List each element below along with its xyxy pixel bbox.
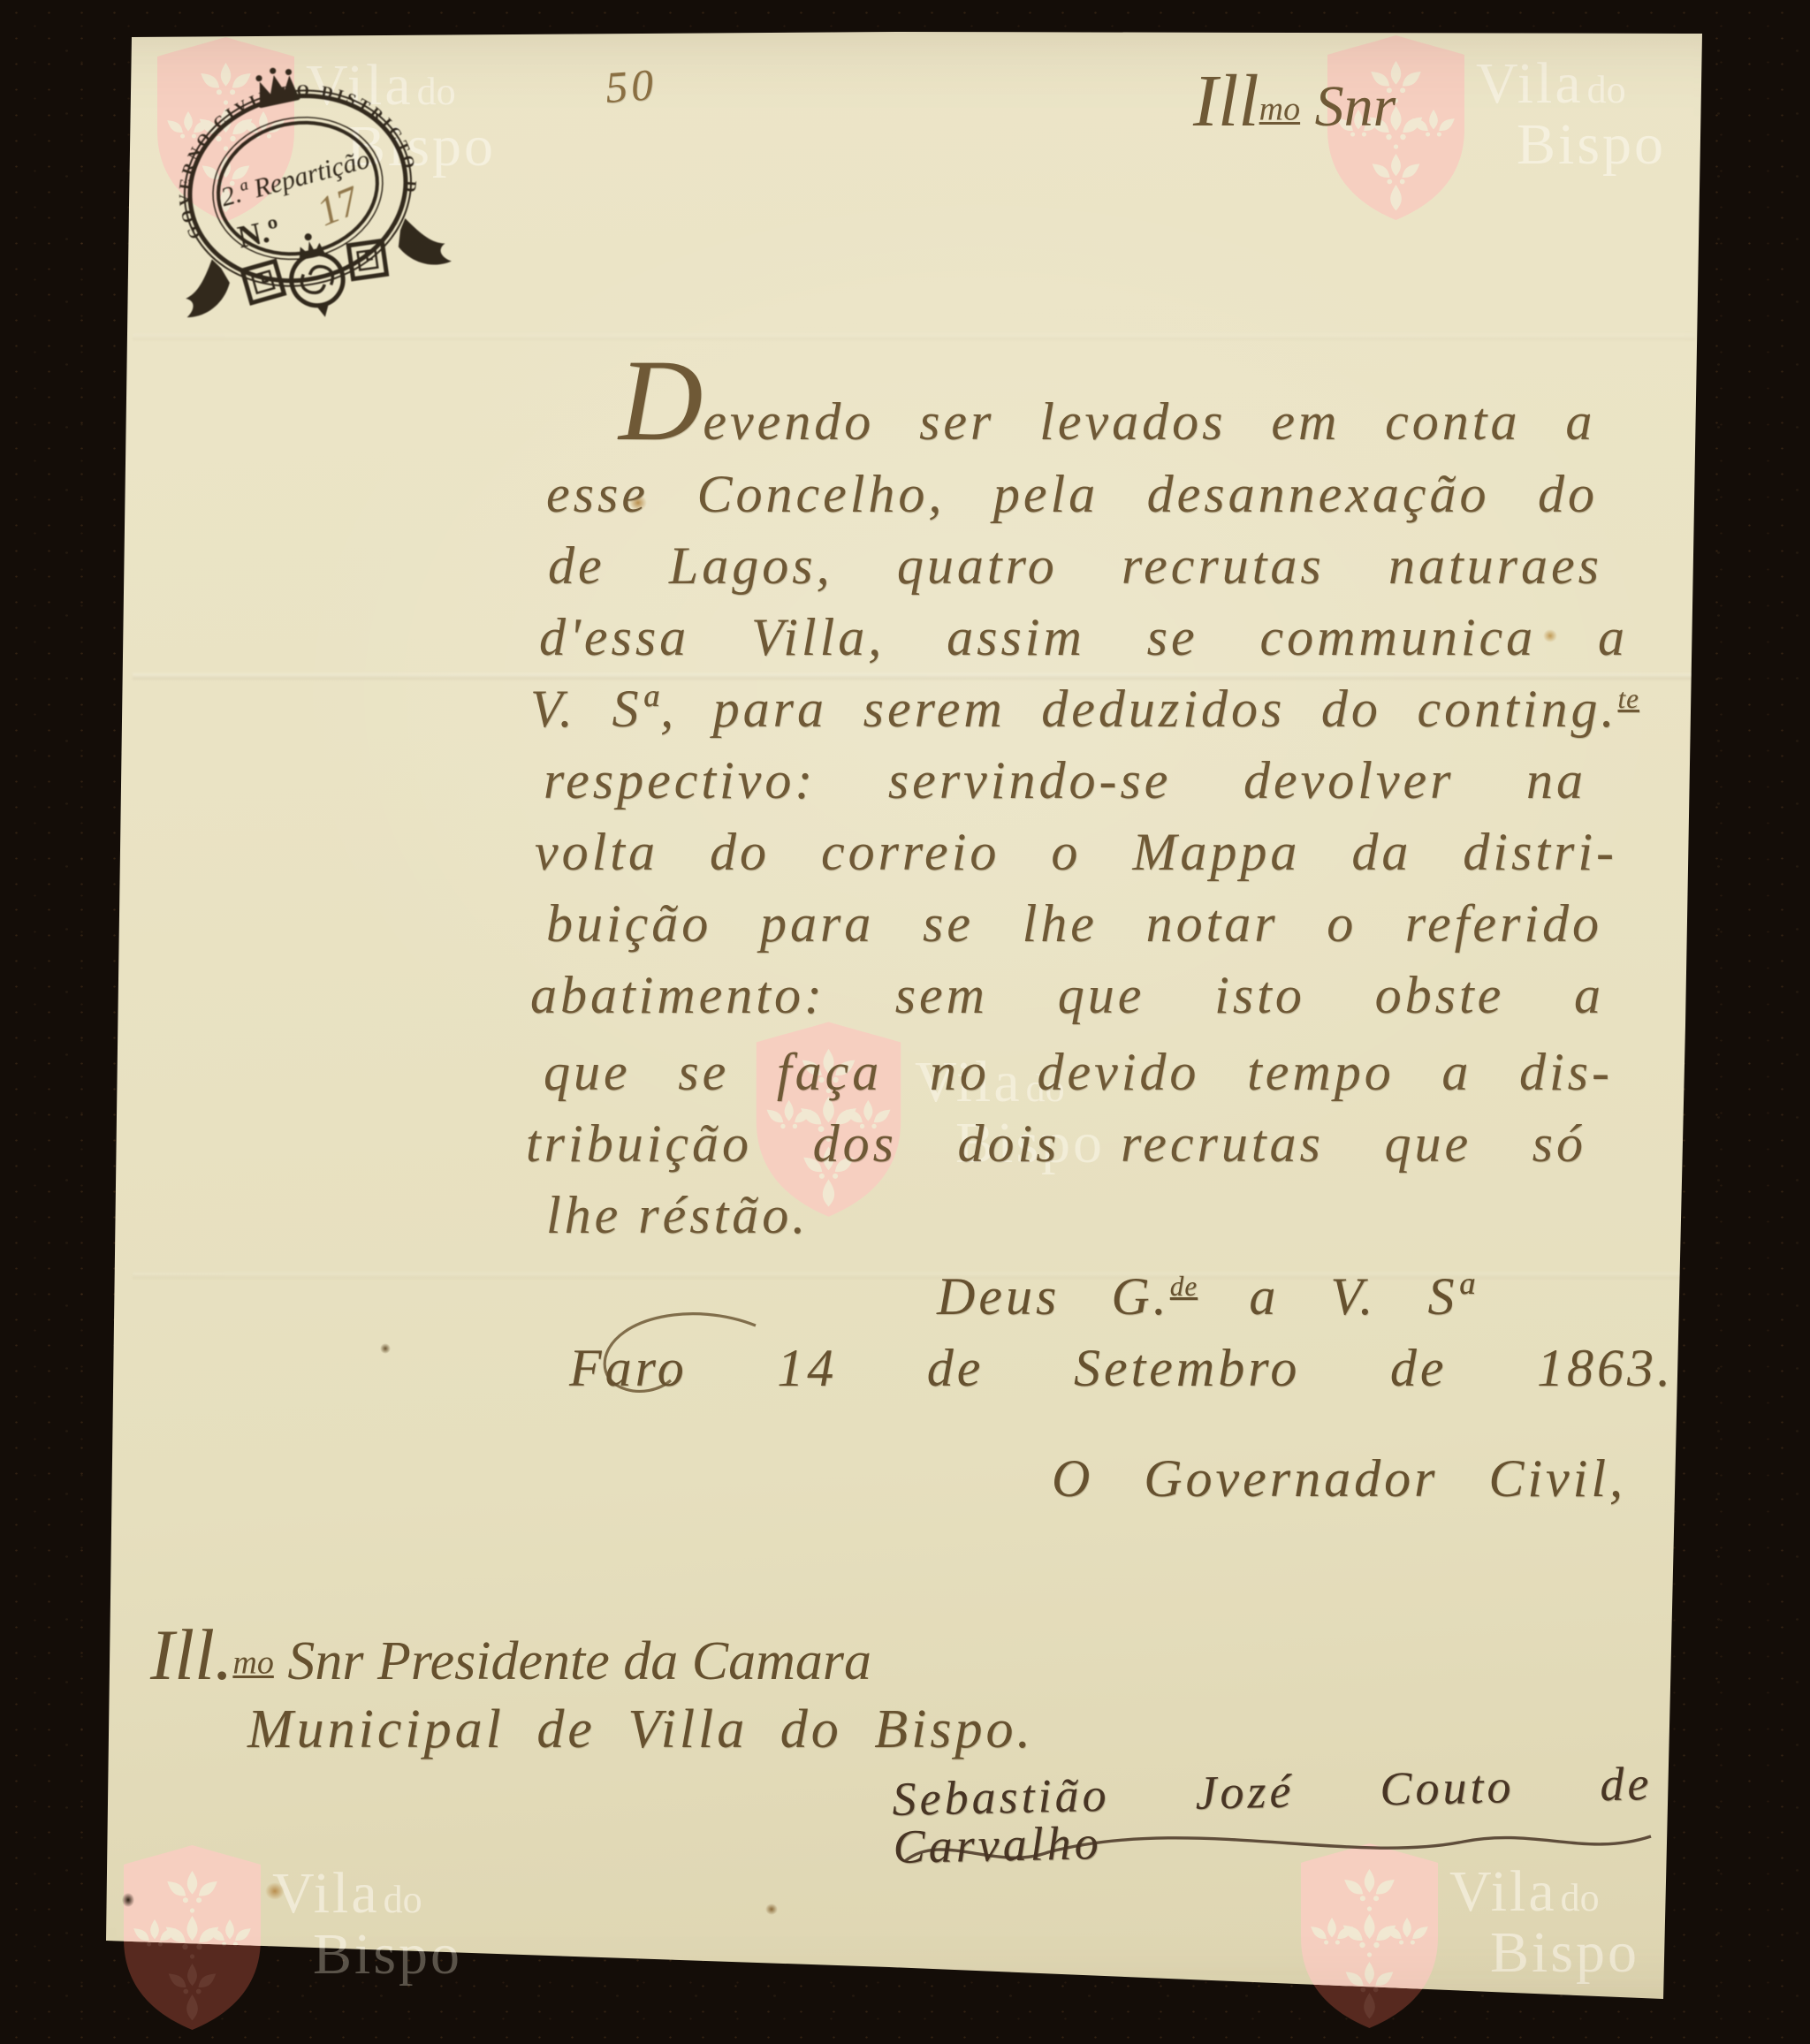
- body-line: de Lagos, quatro recrutas naturaes: [548, 539, 1602, 592]
- body-line: lhe réstão.: [546, 1189, 809, 1242]
- photographed-document: Vila do Bispo Vila do Bispo Vila do Bisp…: [0, 0, 1810, 2044]
- body-line: tribuição dos dois recrutas que só: [526, 1117, 1586, 1170]
- stamp-number-label: N.º: [234, 211, 282, 255]
- body-line: D evendo ser levados em conta a: [619, 353, 1595, 448]
- governo-civil-faro-stamp: GOVERNO CIVIL DO DISTRICTO DE FARO 2.ª R…: [135, 27, 463, 358]
- body-line: V. Sª, para serem deduzidos do conting.t…: [530, 682, 1639, 735]
- letter-sheet: Vila do Bispo Vila do Bispo Vila do Bisp…: [0, 0, 1810, 2044]
- body-line: respectivo: servindo-se devolver na: [544, 754, 1586, 807]
- archive-number: 50: [604, 62, 658, 110]
- body-line: que se faça no devido tempo a dis-: [544, 1045, 1613, 1098]
- salutation-abbrev: Ill: [1193, 60, 1259, 142]
- signature-role: O Governador Civil,: [1052, 1452, 1626, 1505]
- addressee-line: Ill.mo Snr Presidente da Camara: [150, 1614, 871, 1697]
- body-line: volta do correio o Mappa da distri-: [535, 825, 1617, 878]
- valediction: Deus G.de a V. Sª: [937, 1270, 1476, 1323]
- dateline: Faro 14 de Setembro de 1863.: [569, 1341, 1674, 1394]
- stamp-ribbon: [176, 210, 452, 318]
- body-line: d'essa Villa, assim se communica a: [539, 611, 1628, 664]
- signature-flourish: [889, 1819, 1667, 1881]
- body-line: buição para se lhe notar o referido: [546, 897, 1602, 950]
- addressee-line: Municipal de Villa do Bispo.: [247, 1702, 1034, 1757]
- illuminated-initial: D: [619, 353, 703, 447]
- body-line: abatimento: sem que isto obste a: [530, 969, 1604, 1022]
- body-line: esse Concelho, pela desannexação do: [546, 467, 1598, 520]
- salutation: Illmo Snr: [1193, 58, 1396, 144]
